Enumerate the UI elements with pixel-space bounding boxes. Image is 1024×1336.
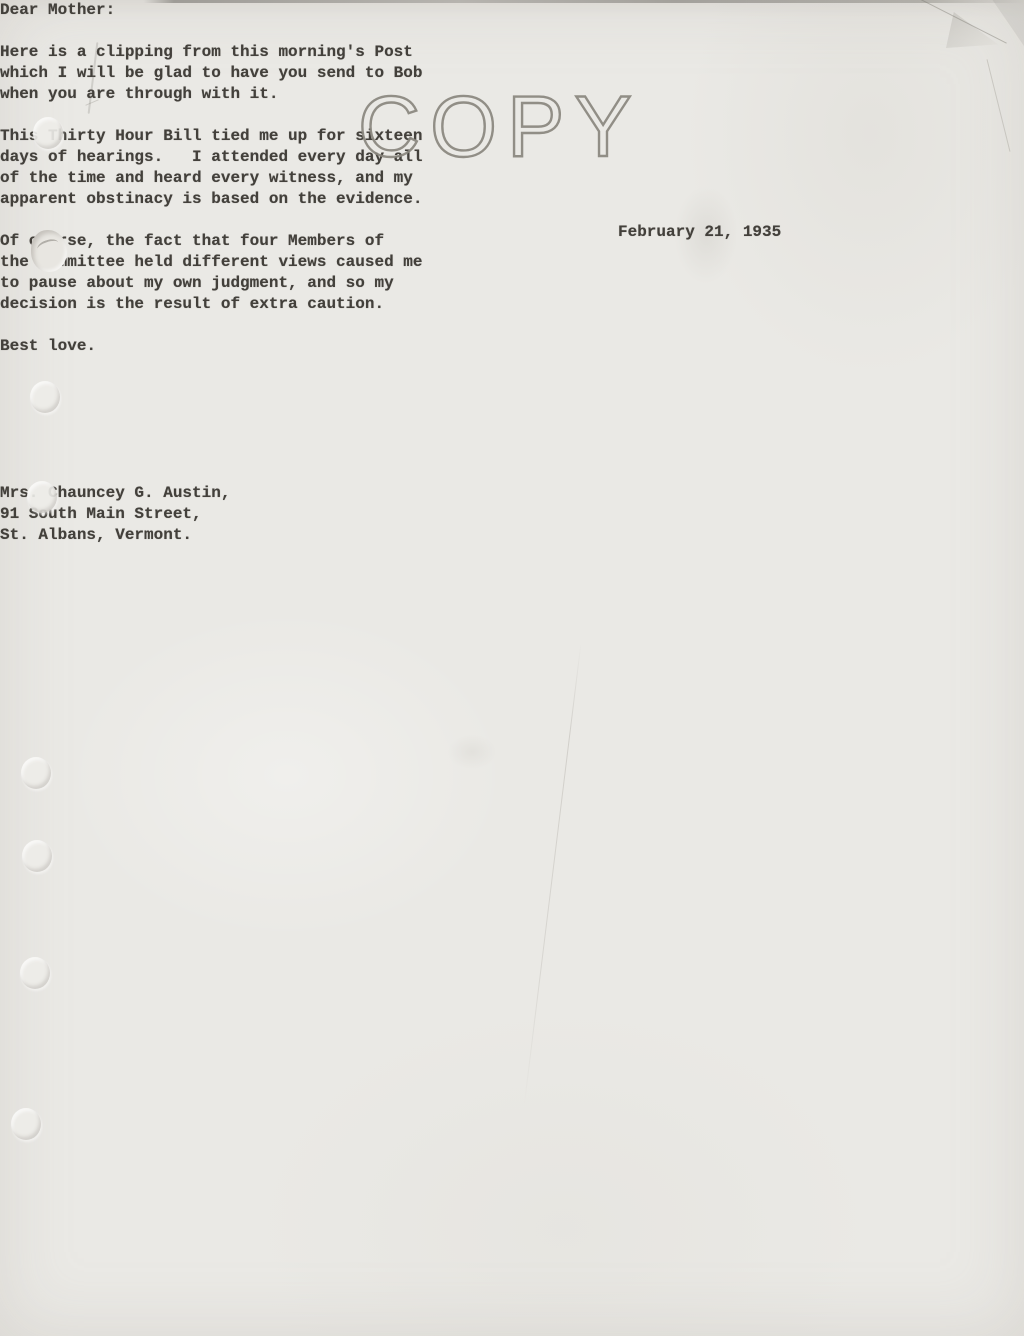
paper-damage bbox=[31, 230, 67, 272]
scan-top-edge bbox=[0, 0, 1024, 3]
corner-shade bbox=[954, 0, 1024, 46]
letter-date: February 21, 1935 bbox=[618, 222, 781, 243]
punch-hole bbox=[30, 381, 60, 413]
copy-stamp: COPY bbox=[350, 78, 680, 178]
letter-paragraph: Of course, the fact that four Members of… bbox=[0, 231, 500, 315]
punch-hole bbox=[27, 481, 57, 513]
letter-salutation: Dear Mother: bbox=[0, 0, 500, 21]
punch-hole bbox=[33, 117, 63, 149]
scanned-letter-page: COPY February 21, 1935 Dear Mother: Here… bbox=[0, 0, 1024, 1336]
paper-crease bbox=[523, 642, 581, 1109]
punch-hole bbox=[20, 957, 50, 989]
punch-hole bbox=[22, 840, 52, 872]
punch-hole bbox=[21, 757, 51, 789]
punch-hole bbox=[11, 1108, 41, 1140]
fold-crease-line bbox=[917, 0, 1007, 44]
recipient-address: Mrs. Chauncey G. Austin, 91 South Main S… bbox=[0, 483, 500, 546]
letter-closing: Best love. bbox=[0, 336, 500, 357]
corner-fold bbox=[894, 0, 1024, 140]
fold-triangle bbox=[946, 12, 998, 48]
fold-crease-line bbox=[987, 59, 1011, 151]
copy-stamp-text: COPY bbox=[358, 79, 642, 175]
